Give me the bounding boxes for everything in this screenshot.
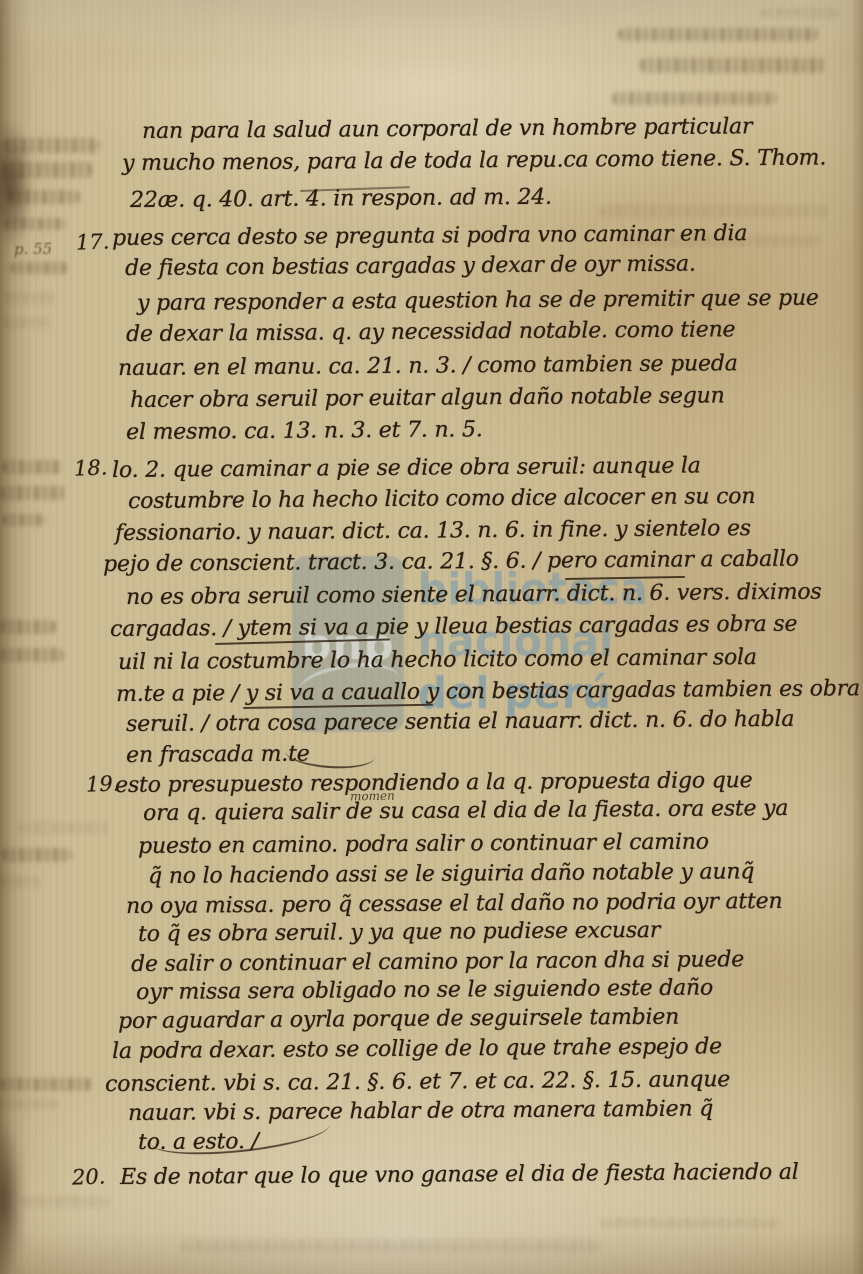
paragraph-number: 19. [86,771,120,796]
manuscript-line: oyr missa sera obligado no se le siguien… [136,975,713,1006]
ink-bleed-smudge [0,486,66,500]
manuscript-line: y para responder a esta question ha se d… [137,286,819,317]
manuscript-line: de dexar la missa. q. ay necessidad nota… [126,317,735,348]
ink-bleed-smudge [0,648,64,662]
ink-bleed-smudge [600,205,830,217]
ink-bleed-smudge [18,822,108,834]
manuscript-line: costumbre lo ha hecho licito como dice a… [128,484,755,515]
ink-bleed-smudge [10,262,68,274]
paragraph-number: 18. [74,455,108,480]
ink-bleed-smudge [618,28,818,41]
manuscript-line: ora q. quiera salir de su casa el dia de… [143,796,788,827]
ink-bleed-smudge [600,1218,780,1228]
ink-bleed-smudge [640,58,825,73]
manuscript-line: no es obra seruil como siente el nauarr.… [126,580,822,611]
ink-bleed-smudge [6,292,56,304]
ink-bleed-smudge [22,1196,110,1208]
manuscript-line: esto presupuesto respondiendo a la q. pr… [115,768,752,799]
manuscript-line: pues cerca desto se pregunta si podra vn… [112,221,747,252]
manuscript-line: cargadas. / ytem si va a pie y lleua bes… [110,612,797,643]
manuscript-line: la podra dexar. esto se collige de lo qu… [112,1034,722,1065]
manuscript-line: nan para la salud aun corporal de vn hom… [142,114,752,145]
manuscript-line: de salir o continuar el camino por la ra… [131,947,744,978]
manuscript-page: bnp biblioteca nacional del perú nan par… [0,0,863,1274]
manuscript-line: puesto en camino. podra salir o continua… [138,830,709,860]
marginal-bleed-note: p. 55 [14,240,53,259]
manuscript-line: el mesmo. ca. 13. n. 3. et 7. n. 5. [126,417,483,446]
manuscript-line: no oya missa. pero q̃ cessase el tal dañ… [126,889,783,920]
manuscript-line: m.te a pie / y si va a cauallo y con bes… [116,676,860,708]
ink-bleed-smudge [0,1098,60,1110]
ink-bleed-smudge [2,514,46,526]
ink-bleed-smudge [612,92,777,105]
manuscript-line: pejo de conscient. tract. 3. ca. 21. §. … [103,547,799,578]
ink-bleed-smudge [180,1240,600,1252]
manuscript-line: fessionario. y nauar. dict. ca. 13. n. 6… [115,516,751,547]
manuscript-line: en frascada m.te [126,742,310,769]
manuscript-line: Es de notar que lo que vno ganase el dia… [120,1160,799,1191]
manuscript-line: nauar. en el manu. ca. 21. n. 3. / como … [118,351,738,382]
interlinear-insertion: momen [350,789,395,804]
manuscript-line: q̃ no lo haciendo assi se le siguiria da… [148,859,754,890]
paragraph-number: 20. [72,1164,106,1189]
ink-bleed-smudge [2,460,62,474]
paragraph-number: 17. [76,229,110,254]
manuscript-line: de fiesta con bestias cargadas y dexar d… [125,252,696,282]
manuscript-line: to q̃ es obra seruil. y ya que no pudies… [138,918,660,948]
ink-bleed-smudge [4,318,50,328]
page-edge-shadow [0,120,34,250]
ink-bleed-smudge [0,1078,92,1091]
manuscript-line: lo. 2. que caminar a pie se dice obra se… [112,453,701,484]
manuscript-line: hacer obra seruil por euitar algun daño … [130,383,725,414]
manuscript-line: conscient. vbi s. ca. 21. §. 6. et 7. et… [105,1067,730,1098]
manuscript-line: uil ni la costumbre lo ha hecho licito c… [118,645,757,676]
manuscript-line: seruil. / otra cosa parece sentia el nau… [126,707,794,738]
ink-bleed-smudge [760,8,840,18]
ink-bleed-smudge [0,876,40,888]
page-edge-shadow [0,1120,24,1274]
ink-underline [565,576,685,580]
manuscript-line: por aguardar a oyrla porque de seguirsel… [118,1005,679,1035]
ink-bleed-smudge [2,848,72,862]
manuscript-line: y mucho menos, para la de toda la repu.c… [122,145,826,177]
ink-bleed-smudge [0,620,56,634]
